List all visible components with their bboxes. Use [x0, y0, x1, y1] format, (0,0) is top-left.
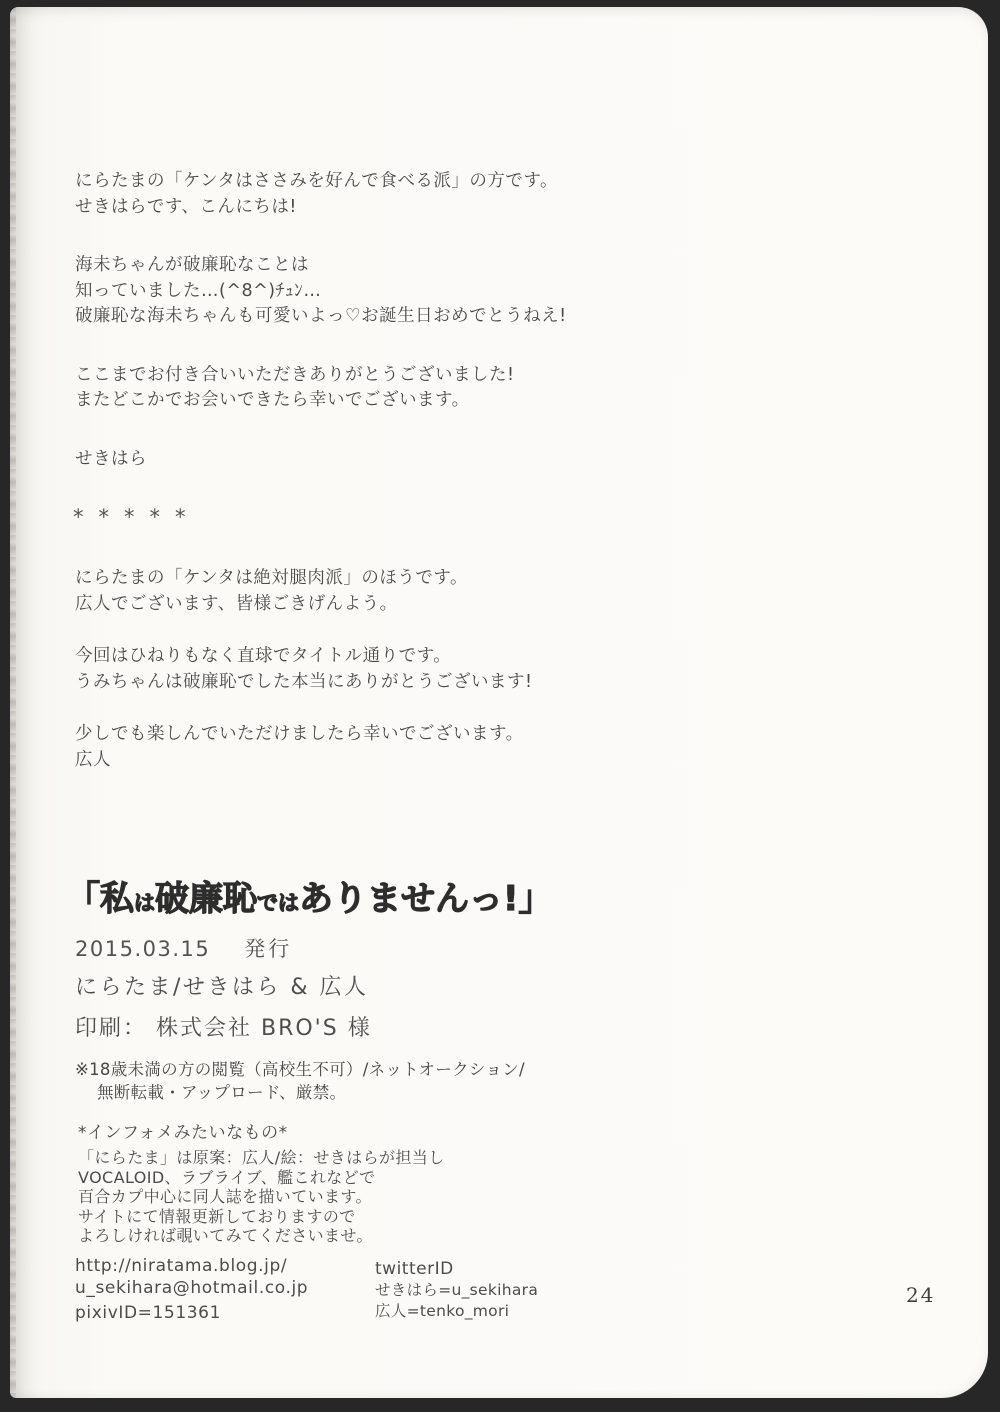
- title-segment: 」: [519, 879, 553, 919]
- paragraph: にらたまの「ケンタはささみを好んで食べる派」の方です。 せきはらです、こんにちは…: [75, 169, 567, 220]
- signature-sekihara: せきはら: [75, 447, 567, 473]
- afterword-line: 少しでも楽しんでいただけましたら幸いでございます。: [75, 722, 533, 748]
- publication-date: 2015.03.15: [75, 937, 210, 961]
- warning-line: ※18歳未満の方の閲覧（高校生不可）/ネットオークション/: [75, 1058, 525, 1081]
- title-segment: では: [257, 891, 299, 915]
- afterword-line: ここまでお付き合いいただきありがとうございました!: [75, 363, 567, 389]
- afterword-line: にらたまの「ケンタは絶対腿肉派」のほうです。: [75, 566, 533, 592]
- title-segment: 私: [100, 879, 134, 919]
- twitter-ids: twitterID せきはら=u_sekihara 広人=tenko_mori: [375, 1258, 538, 1321]
- printer-line: 印刷： 株式会社 BRO'S 様: [75, 1011, 525, 1042]
- paragraph: 少しでも楽しんでいただけましたら幸いでございます。 広人: [75, 722, 533, 773]
- afterword-line: 破廉恥な海未ちゃんも可愛いよっ♡お誕生日おめでとうねえ!: [75, 304, 567, 330]
- signature-hiroto: 広人: [75, 748, 533, 774]
- scanned-doujinshi-page: { "sekihara": { "para1": [ "にらたまの「ケンタはささ…: [0, 0, 1000, 1412]
- colophon: 2015.03.15発行 にらたま/せきはら & 広人 印刷： 株式会社 BRO…: [75, 933, 525, 1104]
- publish-label: 発行: [244, 937, 292, 961]
- info-line: VOCALOID、ラブライブ、艦これなどで: [78, 1168, 445, 1188]
- afterword-line: にらたまの「ケンタはささみを好んで食べる派」の方です。: [75, 169, 567, 195]
- twitter-id-hiroto: 広人=tenko_mori: [375, 1301, 538, 1322]
- twitter-heading: twitterID: [375, 1258, 538, 1280]
- authors-line: にらたま/せきはら & 広人: [75, 970, 525, 1001]
- info-line: 「にらたま」は原案：広人/絵：せきはらが担当し: [78, 1148, 445, 1168]
- section-separator: *****: [73, 505, 201, 529]
- info-line: 百合カプ中心に同人誌を描いています。: [78, 1187, 445, 1207]
- info-line: サイトにて情報更新しておりますので: [78, 1207, 445, 1227]
- title-segment: 破廉恥: [155, 879, 257, 919]
- email-address: u_sekihara@hotmail.co.jp: [75, 1277, 308, 1299]
- paper-page: にらたまの「ケンタはささみを好んで食べる派」の方です。 せきはらです、こんにちは…: [10, 7, 988, 1398]
- contact-links: http://niratama.blog.jp/ u_sekihara@hotm…: [75, 1255, 308, 1324]
- afterword-line: またどこかでお会いできたら幸いでございます。: [75, 388, 567, 414]
- warning-line: 無断転載・アップロード、厳禁。: [75, 1081, 525, 1104]
- pixiv-id: pixivID=151361: [75, 1302, 308, 1324]
- afterword-line: うみちゃんは破廉恥でした本当にありがとうございます!: [75, 670, 533, 696]
- afterword-line: 海未ちゃんが破廉恥なことは: [75, 253, 567, 279]
- paragraph: 今回はひねりもなく直球でタイトル通りです。 うみちゃんは破廉恥でした本当にありが…: [75, 644, 533, 695]
- afterword-sekihara: にらたまの「ケンタはささみを好んで食べる派」の方です。 せきはらです、こんにちは…: [75, 169, 567, 472]
- info-line: よろしければ覗いてみてくださいませ。: [78, 1226, 445, 1246]
- page-number: 24: [906, 1283, 935, 1307]
- publication-date-line: 2015.03.15発行: [75, 933, 525, 963]
- paragraph: ここまでお付き合いいただきありがとうございました! またどこかでお会いできたら幸…: [75, 363, 567, 414]
- info-body: 「にらたま」は原案：広人/絵：せきはらが担当し VOCALOID、ラブライブ、艦…: [78, 1148, 445, 1246]
- website-url: http://niratama.blog.jp/: [75, 1255, 308, 1277]
- info-section: *インフォメみたいなもの* 「にらたま」は原案：広人/絵：せきはらが担当し VO…: [78, 1118, 445, 1246]
- afterword-line: 知っていました…(^8^)ﾁｭﾝ…: [75, 279, 567, 305]
- title-segment: は: [134, 891, 155, 915]
- afterword-hiroto: にらたまの「ケンタは絶対腿肉派」のほうです。 広人でございます、皆様ごきげんよう…: [75, 566, 533, 800]
- afterword-line: せきはらです、こんにちは!: [75, 195, 567, 221]
- title-segment: ありませんっ!: [299, 879, 519, 919]
- paragraph: 海未ちゃんが破廉恥なことは 知っていました…(^8^)ﾁｭﾝ… 破廉恥な海未ちゃ…: [75, 253, 567, 330]
- title-segment: 「: [66, 879, 100, 919]
- paragraph: にらたまの「ケンタは絶対腿肉派」のほうです。 広人でございます、皆様ごきげんよう…: [75, 566, 533, 617]
- book-title: 「私は破廉恥ではありませんっ!」: [66, 871, 553, 920]
- afterword-line: 広人でございます、皆様ごきげんよう。: [75, 592, 533, 618]
- twitter-id-sekihara: せきはら=u_sekihara: [375, 1280, 538, 1301]
- age-warning: ※18歳未満の方の閲覧（高校生不可）/ネットオークション/ 無断転載・アップロー…: [75, 1058, 525, 1104]
- afterword-line: 今回はひねりもなく直球でタイトル通りです。: [75, 644, 533, 670]
- info-heading: *インフォメみたいなもの*: [78, 1118, 445, 1143]
